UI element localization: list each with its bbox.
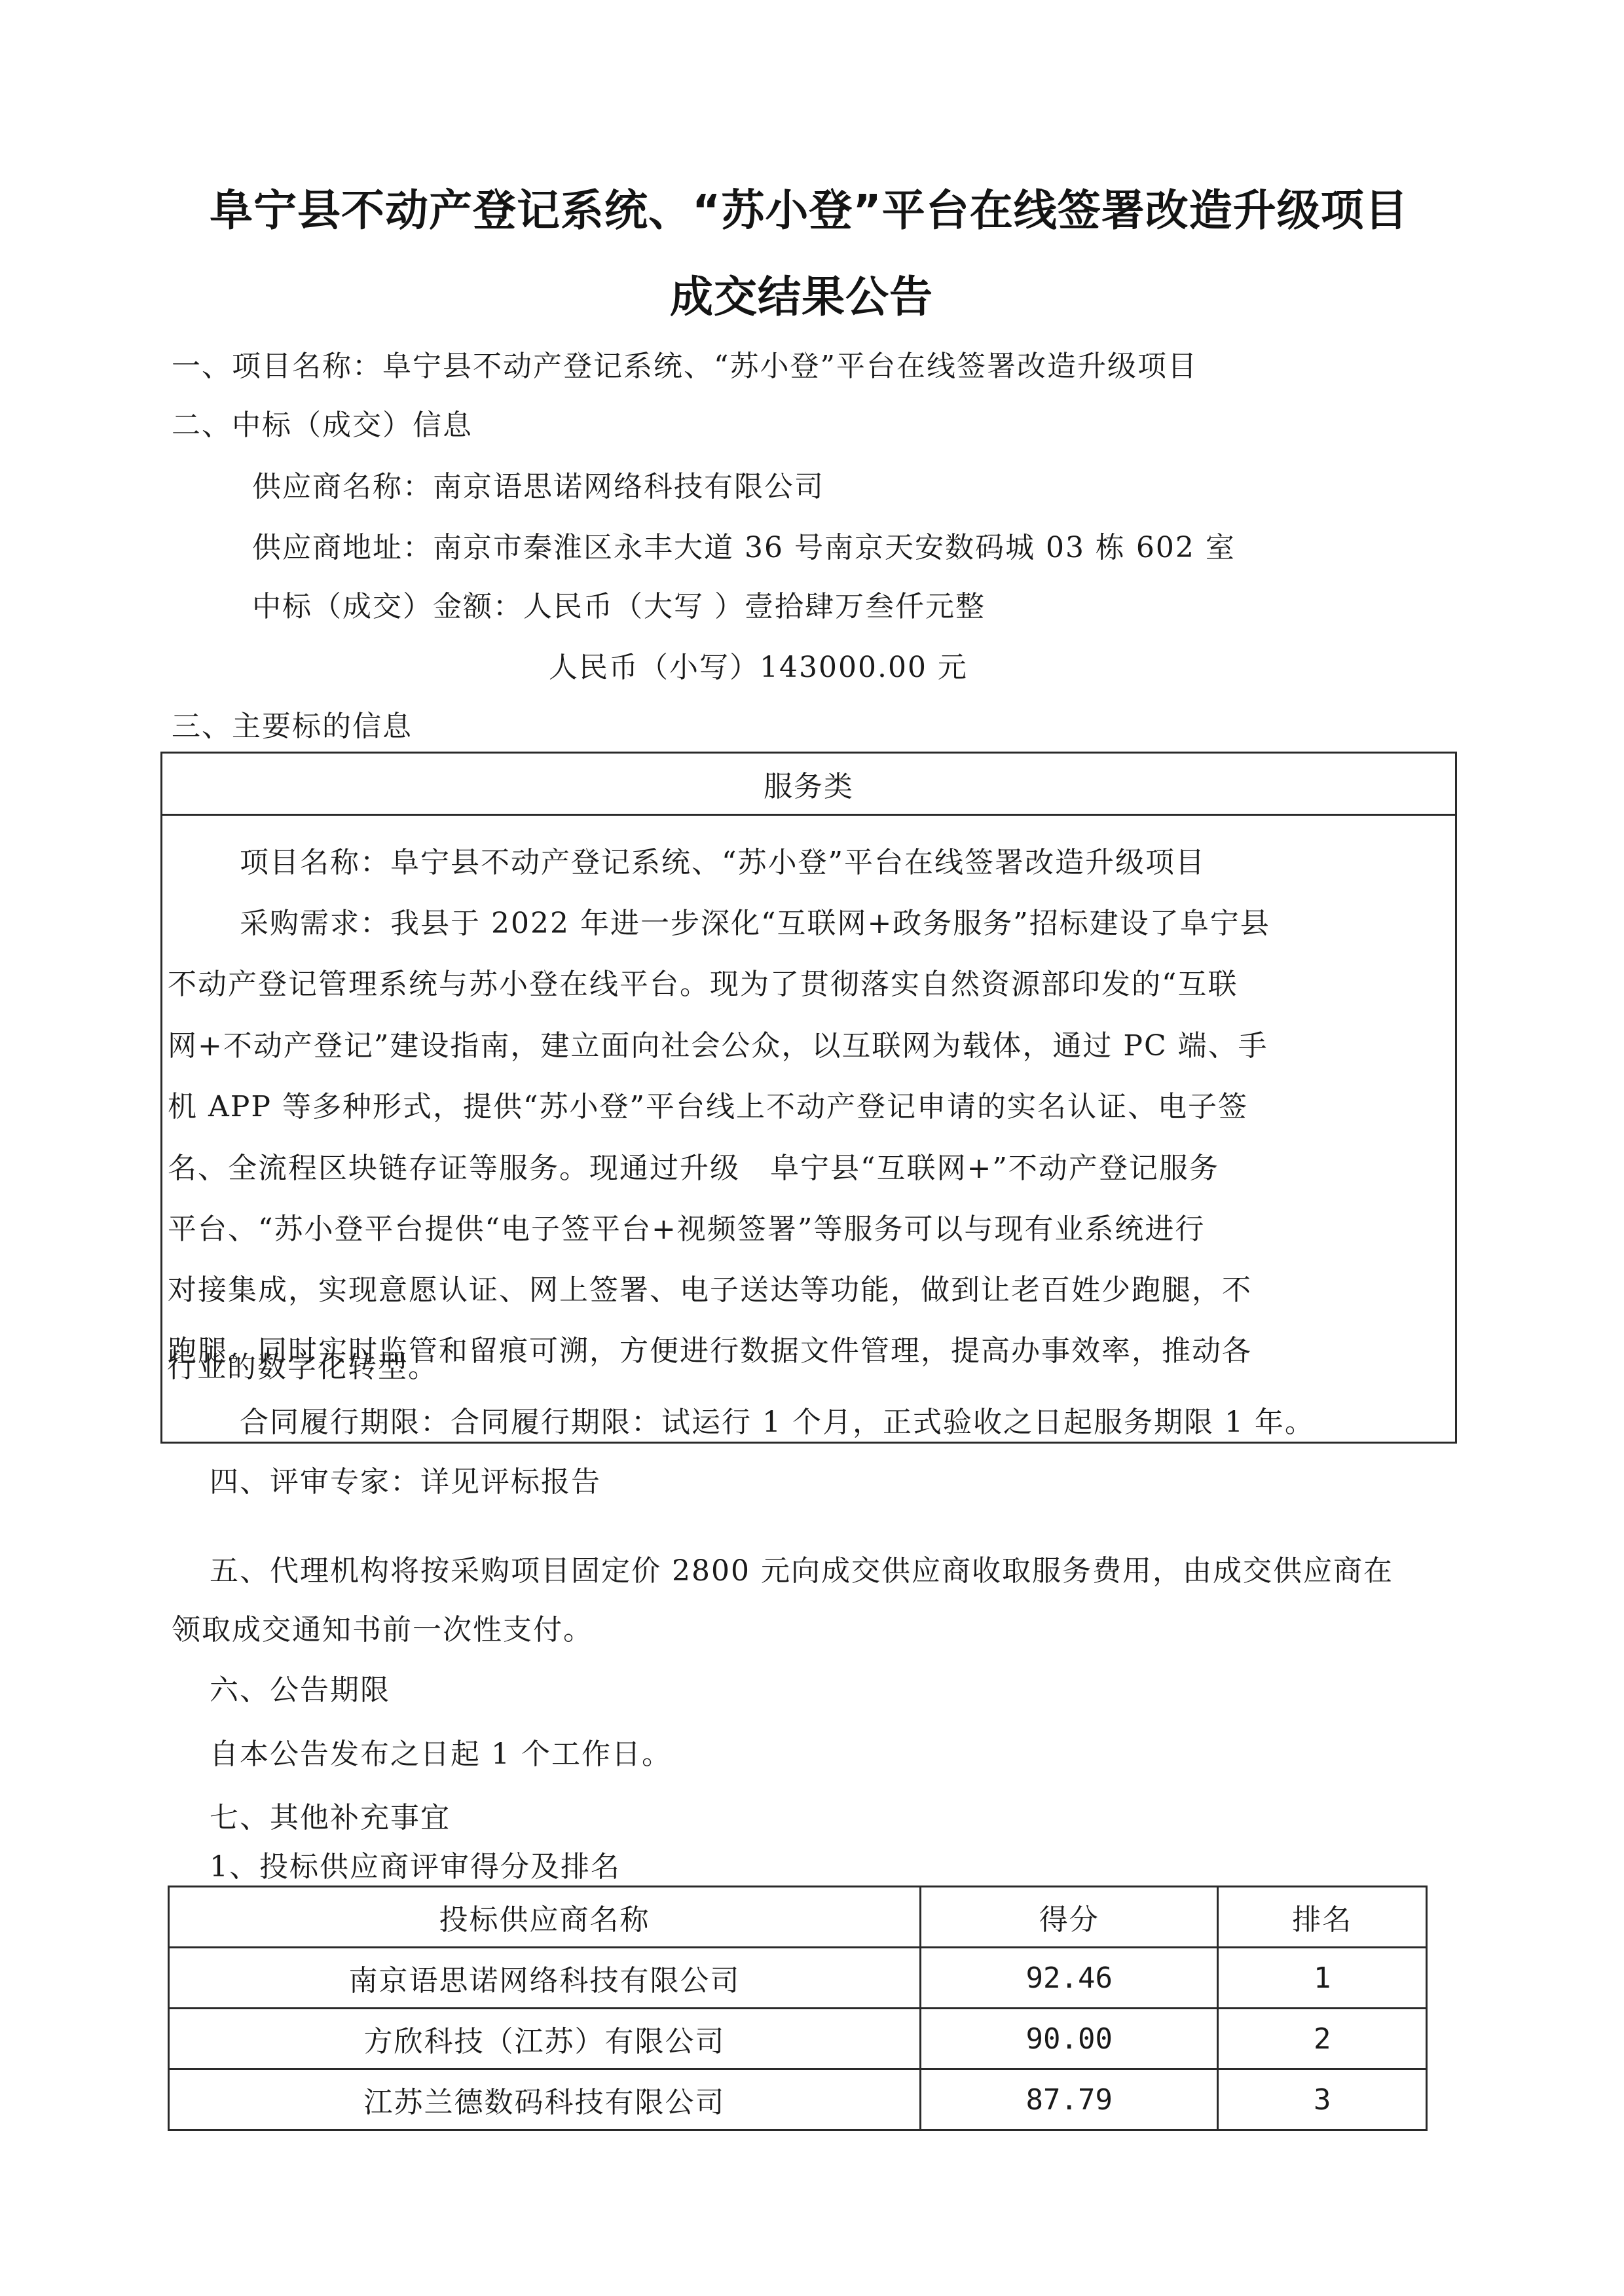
cell-score: 90.00: [921, 2009, 1218, 2069]
section-agency-fee-line1: 五、代理机构将按采购项目固定价 2800 元向成交供应商收取服务费用，由成交供应…: [210, 1557, 1393, 1586]
section-award-heading: 二、中标（成交）信息: [172, 411, 473, 440]
box-project-name: 项目名称：阜宁县不动产登记系统、“苏小登”平台在线签署改造升级项目: [240, 839, 1206, 881]
requirements-line-2: 不动产登记管理系统与苏小登在线平台。现为了贯彻落实自然资源部印发的“互联: [168, 960, 1238, 1002]
cell-rank: 3: [1218, 2069, 1427, 2130]
cell-supplier: 江苏兰德数码科技有限公司: [169, 2069, 921, 2130]
document-title-line2: 成交结果公告: [670, 262, 933, 324]
section-other-heading: 七、其他补充事宜: [210, 1804, 451, 1832]
award-amount-upper: 中标（成交）金额：人民币（大写 ）壹拾肆万叁仟元整: [252, 592, 986, 621]
section-agency-fee-line2: 领取成交通知书前一次性支付。: [172, 1616, 593, 1645]
supplier-address: 供应商地址：南京市秦淮区永丰大道 36 号南京天安数码城 03 栋 602 室: [252, 534, 1236, 562]
section-notice-period-heading: 六、公告期限: [210, 1676, 390, 1705]
table-row: 南京语思诺网络科技有限公司 92.46 1: [169, 1948, 1427, 2009]
requirements-line-1: 采购需求：我县于 2022 年进一步深化“互联网+政务服务”招标建设了阜宁县: [240, 900, 1270, 941]
subject-info-box: 服务类 项目名称：阜宁县不动产登记系统、“苏小登”平台在线签署改造升级项目 采购…: [160, 752, 1457, 1444]
box-header-service-type: 服务类: [162, 754, 1455, 816]
header-score: 得分: [921, 1887, 1218, 1948]
ranking-table: 投标供应商名称 得分 排名 南京语思诺网络科技有限公司 92.46 1 方欣科技…: [168, 1886, 1428, 2131]
cell-score: 92.46: [921, 1948, 1218, 2009]
cell-supplier: 南京语思诺网络科技有限公司: [169, 1948, 921, 2009]
table-row: 江苏兰德数码科技有限公司 87.79 3: [169, 2069, 1427, 2130]
header-supplier-name: 投标供应商名称: [169, 1887, 921, 1948]
cell-rank: 2: [1218, 2009, 1427, 2069]
cell-score: 87.79: [921, 2069, 1218, 2130]
cell-supplier: 方欣科技（江苏）有限公司: [169, 2009, 921, 2069]
requirements-line-7: 对接集成，实现意愿认证、网上签署、电子送达等功能，做到让老百姓少跑腿，不: [168, 1266, 1252, 1308]
section-subject-heading: 三、主要标的信息: [172, 712, 413, 741]
header-rank: 排名: [1218, 1887, 1427, 1948]
section-project-name: 一、项目名称：阜宁县不动产登记系统、“苏小登”平台在线签署改造升级项目: [172, 352, 1198, 381]
notice-period-text: 自本公告发布之日起 1 个工作日。: [210, 1740, 672, 1769]
requirements-line-3: 网+不动产登记”建设指南，建立面向社会公众，以互联网为载体，通过 PC 端、手: [168, 1022, 1268, 1064]
requirements-line-9-visible: 行业的数字化转型。: [167, 1353, 438, 1382]
requirements-line-4: 机 APP 等多种形式，提供“苏小登”平台线上不动产登记申请的实名认证、电子签: [168, 1083, 1248, 1125]
table-row: 方欣科技（江苏）有限公司 90.00 2: [169, 2009, 1427, 2069]
requirements-line-6: 平台、“苏小登平台提供“电子签平台+视频签署”等服务可以与现有业系统进行: [168, 1205, 1205, 1247]
award-amount-lower: 人民币（小写）143000.00 元: [549, 653, 968, 682]
ranking-subheading: 1、投标供应商评审得分及排名: [210, 1853, 621, 1882]
requirements-line-5: 名、全流程区块链存证等服务。现通过升级 阜宁县“互联网+”不动产登记服务: [168, 1144, 1219, 1186]
section-experts: 四、评审专家：详见评标报告: [210, 1468, 601, 1497]
table-header-row: 投标供应商名称 得分 排名: [169, 1887, 1427, 1948]
document-title-line1: 阜宁县不动产登记系统、“苏小登”平台在线签署改造升级项目: [210, 175, 1409, 238]
supplier-name: 供应商名称：南京语思诺网络科技有限公司: [252, 473, 824, 501]
cell-rank: 1: [1218, 1948, 1427, 2009]
contract-period: 合同履行期限：合同履行期限：试运行 1 个月，正式验收之日起服务期限 1 年。: [240, 1398, 1315, 1440]
